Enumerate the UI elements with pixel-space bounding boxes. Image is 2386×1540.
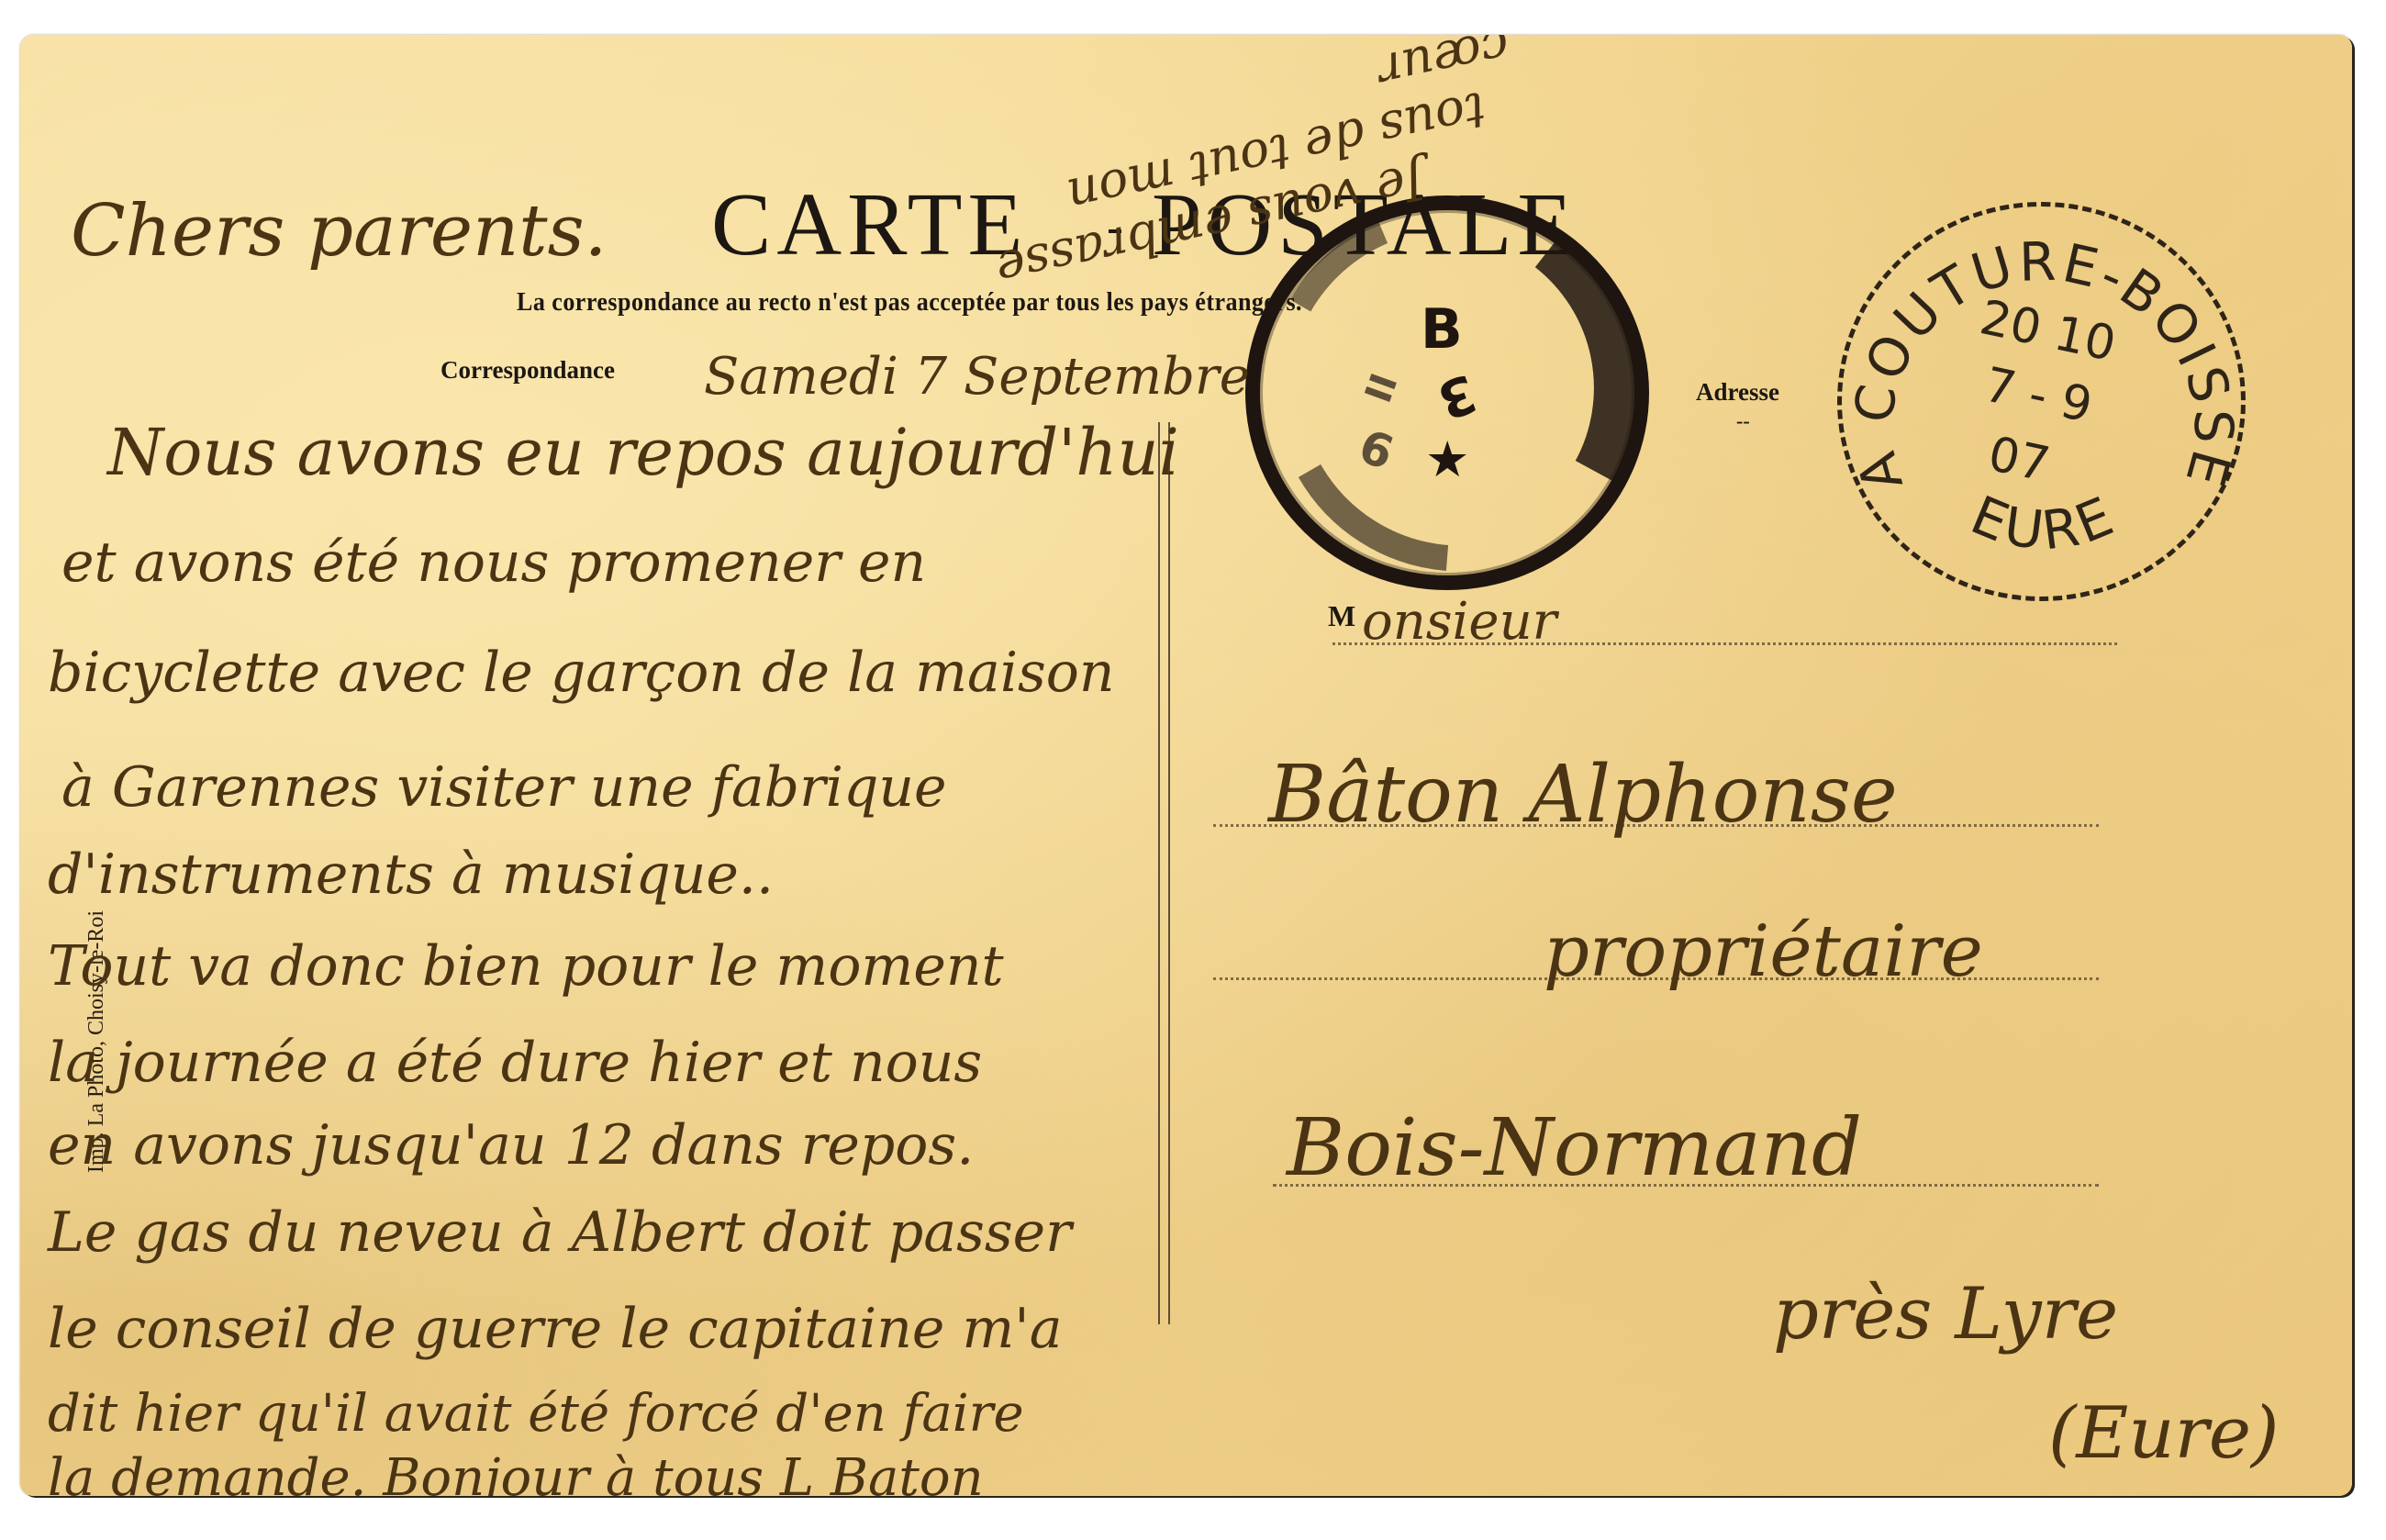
address-label: Adresse xyxy=(1696,378,1779,407)
address-locality: près Lyre xyxy=(1773,1278,2118,1350)
handwritten-heading: Chers parents. xyxy=(71,195,607,267)
address-occupation: propriétaire xyxy=(1544,916,1983,988)
correspondence-label: Correspondance xyxy=(440,356,615,385)
address-town: Bois-Normand xyxy=(1287,1109,1862,1188)
message-line: la demande. Bonjour à tous L Baton xyxy=(48,1453,984,1496)
message-line: d'instruments à musique.. xyxy=(48,847,774,902)
message-line: et avons été nous promener en xyxy=(61,535,926,590)
postmark-right-department: EURE xyxy=(1963,484,2125,563)
message-line: Tout va donc bien pour le moment xyxy=(48,939,1004,994)
divider-line-left xyxy=(1158,422,1160,1324)
message-line: à Garennes visiter une fabrique xyxy=(61,760,947,815)
address-name: Bâton Alphonse xyxy=(1268,755,1898,834)
postmark-left-ring-ink xyxy=(1245,195,1649,590)
postmark-left: B 3 ★ 9 II xyxy=(1245,195,1649,590)
message-line: Le gas du neveu à Albert doit passer xyxy=(48,1205,1072,1260)
message-line: bicyclette avec le garçon de la maison xyxy=(48,645,1115,700)
message-line: dit hier qu'il avait été forcé d'en fair… xyxy=(48,1389,1024,1440)
salutation-prefix: M xyxy=(1328,599,1355,633)
message-line: le conseil de guerre le capitaine m'a xyxy=(48,1301,1063,1356)
message-line: la journée a été dure hier et nous xyxy=(48,1035,982,1090)
postcard: CARTE POSTALE La correspondance au recto… xyxy=(20,35,2352,1496)
divider-line-right xyxy=(1168,422,1170,1324)
handwritten-date: Samedi 7 Septembre xyxy=(704,352,1250,403)
message-line: Nous avons eu repos aujourd'hui xyxy=(107,420,1179,485)
postmark-right-year: 07 xyxy=(1984,430,2054,490)
address-department: (Eure) xyxy=(2048,1398,2279,1469)
address-salutation: onsieur xyxy=(1362,597,1556,648)
address-label-mark: -- xyxy=(1736,409,1750,433)
message-line: en avons jusqu'au 12 dans repos. xyxy=(48,1118,974,1173)
postmark-right: LA COUTURE-BOISSEY EURE 20 10 7 - 9 07 xyxy=(1837,202,2246,601)
